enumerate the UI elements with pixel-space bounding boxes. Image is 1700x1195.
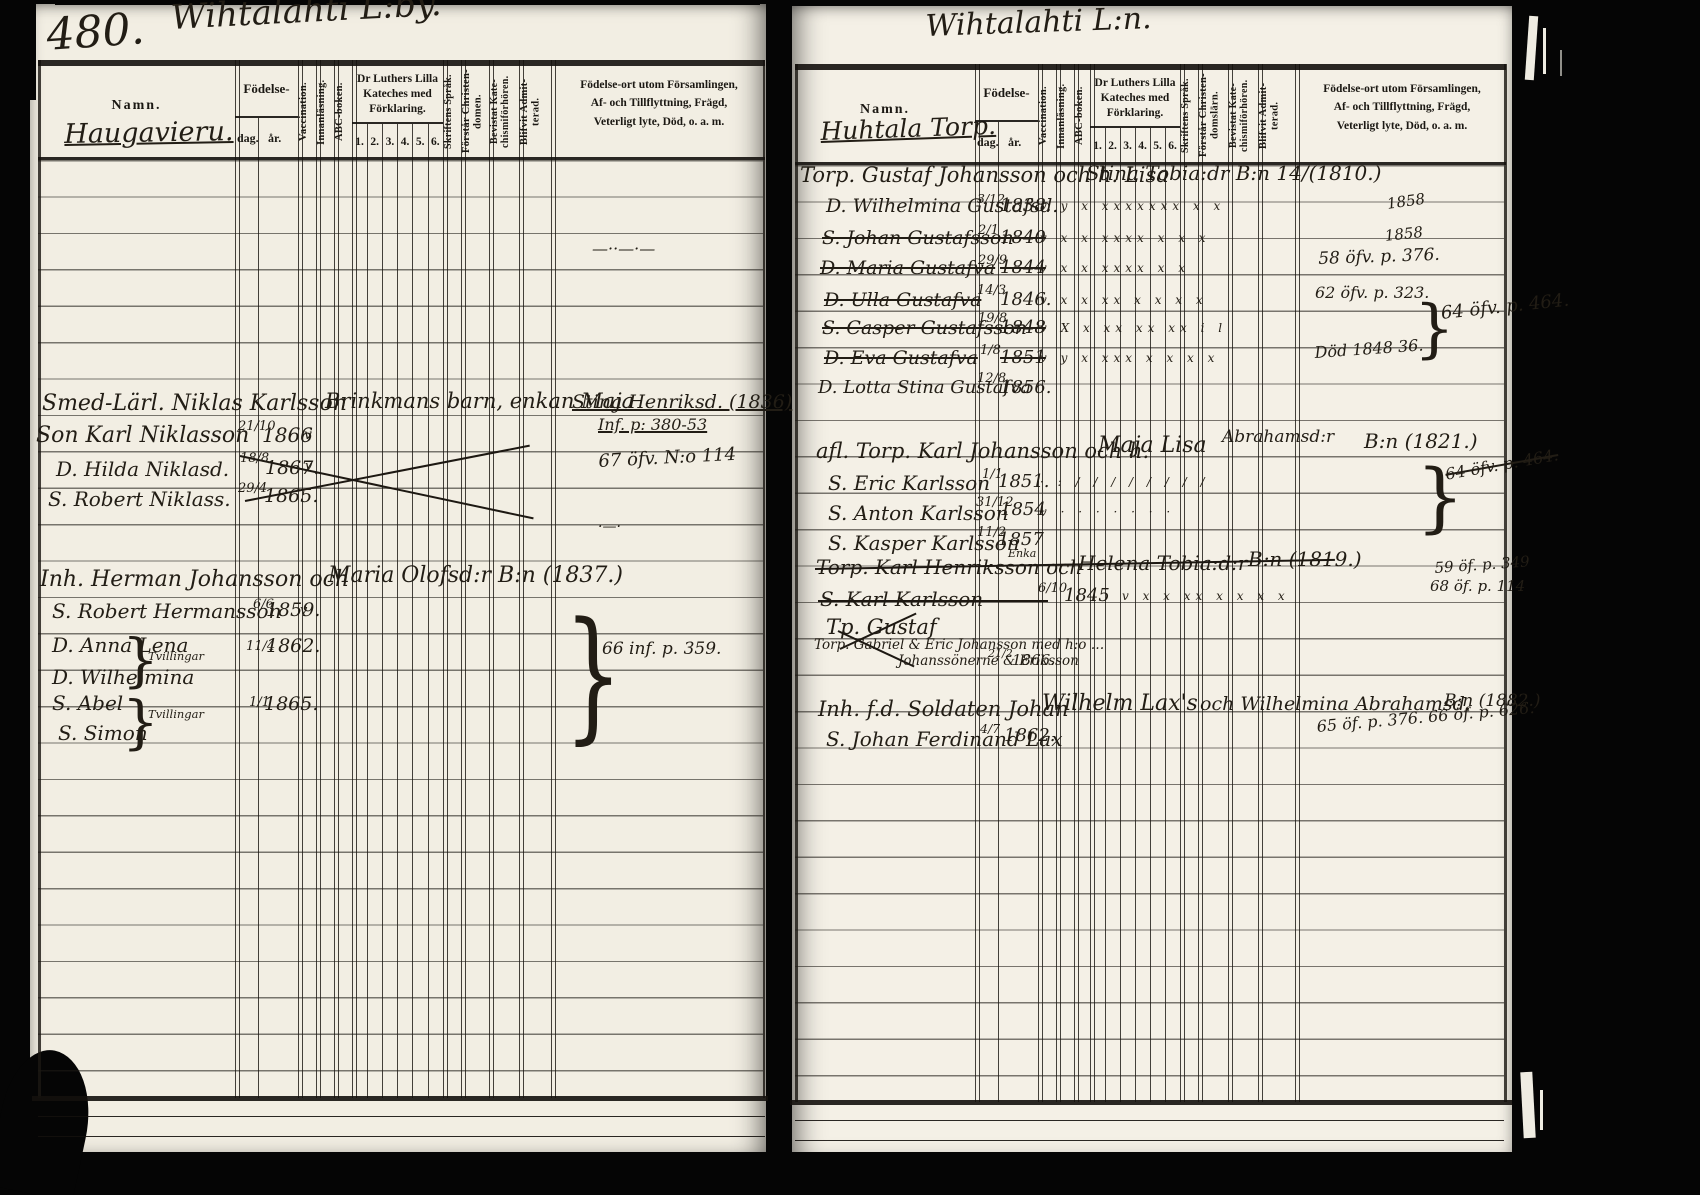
- column-header-abc-boken: ABC-boken.: [1074, 70, 1091, 162]
- grid-line: [32, 1096, 768, 1101]
- label-line: terad.: [531, 64, 543, 159]
- examination-marks: v X x xx xx xx i l: [1040, 322, 1227, 335]
- grid-line: [1228, 64, 1229, 1102]
- kateches-col-4: 4.: [1138, 140, 1147, 153]
- grid-line: [1074, 64, 1075, 1102]
- entry-name: D. Eva Gustafva: [824, 348, 978, 369]
- ditto-mark: —··—·—: [592, 240, 655, 258]
- page-title-right: Wihtalahti L:n.: [925, 2, 1152, 43]
- column-header-skriftens-sprak: Skriftens Språk.: [443, 64, 461, 159]
- grid-line: [1258, 64, 1259, 1102]
- book-gutter: [766, 0, 792, 1195]
- kateches-col-2: 2.: [1108, 140, 1117, 153]
- ditto-mark: ·—·: [598, 520, 621, 535]
- grid-line: [38, 60, 765, 66]
- entry-birth-year: 1862.: [1004, 726, 1056, 746]
- grid-line: [1299, 64, 1300, 1102]
- grid-line: [790, 1100, 1512, 1105]
- grid-line: [1120, 128, 1121, 1102]
- entry-name: Inh. f.d. Soldaten Johan: [818, 698, 1069, 721]
- entry-note: Inf. p: 380-53: [598, 416, 707, 434]
- kateches-col-3: 3.: [1123, 140, 1132, 153]
- grid-line: [795, 162, 1506, 165]
- brace-mark: }: [564, 592, 623, 758]
- column-header-dag: dag.: [237, 132, 259, 145]
- entry-birth-year: 1856.: [1000, 378, 1052, 398]
- vaccination-mark: v: [304, 428, 312, 443]
- grid-line: [235, 60, 236, 1098]
- grid-line: [38, 1116, 765, 1117]
- entry-note: 66 inf. p. 359.: [602, 640, 721, 659]
- grid-line: [235, 116, 298, 118]
- grid-line: [998, 122, 999, 1102]
- label-line: domslärn.: [1210, 68, 1222, 163]
- label-line: terad.: [1270, 68, 1282, 163]
- grid-line: [239, 60, 240, 1098]
- notes-line: Af- och Tillflyttning, Frägd,: [1300, 98, 1504, 116]
- grid-line: [367, 124, 368, 1098]
- column-header-fodelse: Födelse-: [235, 82, 298, 96]
- entry-name: B:n (1821.): [1364, 430, 1478, 452]
- entry-note: 58 öfv. p. 376.: [1318, 246, 1440, 269]
- grid-line: [1262, 64, 1263, 1102]
- grid-line: [795, 64, 1506, 70]
- document-scan: 480. Wihtalahti L:by. Namn. Haugavieru. …: [0, 0, 1700, 1195]
- strike-mark: [818, 600, 1048, 602]
- examination-marks: v y x xxx x x x x: [1040, 352, 1219, 365]
- entry-name: D. Maria Gustafva: [820, 258, 995, 279]
- entry-note: 68 öf. p. 114: [1430, 578, 1525, 595]
- grid-line: [523, 60, 524, 1098]
- entry-name: S. Karl Karlsson: [820, 588, 983, 610]
- column-header-blifvit-admitterad: Blifvit Admit- terad.: [1258, 68, 1292, 163]
- entry-name: S. Simon: [58, 722, 148, 744]
- page-number: 480.: [45, 5, 146, 60]
- kateches-col-5: 5.: [1153, 140, 1162, 153]
- kateches-col-4: 4.: [401, 136, 410, 149]
- scan-streak: [1540, 1090, 1543, 1130]
- grid-line: [763, 60, 765, 1098]
- column-header-namn: Namn.: [38, 98, 235, 113]
- kateches-col-2: 2.: [370, 136, 379, 149]
- column-header-ar: år.: [1008, 136, 1021, 149]
- scan-streak: [1560, 50, 1562, 76]
- grid-line: [1504, 64, 1507, 1102]
- village-name: Huhtala Torp.: [820, 112, 996, 146]
- grid-line: [38, 157, 765, 160]
- label-line: chismiförhören.: [500, 64, 511, 159]
- grid-line: [1105, 128, 1106, 1102]
- scan-edge: [0, 1152, 1700, 1195]
- grid-line: [1165, 128, 1166, 1102]
- grid-line: [795, 1140, 1504, 1141]
- entry-birth-year: 1862.: [266, 636, 320, 657]
- grid-line: [412, 124, 413, 1098]
- entry-birth-date: 29/4: [238, 482, 267, 496]
- grid-line: [795, 64, 798, 1102]
- entry-birth-date: 21/2: [988, 648, 1013, 660]
- column-header-innanlasning: Innanläsning.: [316, 66, 334, 158]
- grid-line: [397, 124, 398, 1098]
- grid-line: [551, 60, 552, 1098]
- label-line: Bevistat Kate-: [1228, 68, 1239, 163]
- kateches-col-6: 6.: [1168, 140, 1177, 153]
- label-line: chismiförhören.: [1239, 68, 1250, 163]
- examination-marks: v x x xx x x x x: [1122, 590, 1290, 603]
- column-header-kateches: Dr Luthers Lilla Kateches med Förklaring…: [352, 72, 443, 117]
- kateches-col-6: 6.: [431, 136, 440, 149]
- village-name: Haugavieru.: [64, 117, 234, 150]
- grid-line: [302, 60, 303, 1098]
- grid-line: [979, 64, 980, 1102]
- label-line: Blifvit Admit-: [519, 64, 531, 159]
- entry-name: S. Robert Niklass.: [48, 488, 231, 510]
- column-header-vaccination: Vaccination.: [298, 66, 316, 158]
- entry-note: Stina Henriksd. (1836): [572, 392, 792, 413]
- grid-line: [338, 60, 339, 1098]
- entry-name: D. Wilhelmina: [52, 666, 194, 688]
- grid-line: [465, 60, 466, 1098]
- entry-name: D. Ulla Gustafva: [824, 290, 981, 311]
- label-line: Blifvit Admit-: [1258, 68, 1270, 163]
- label-line: domen.: [473, 64, 485, 159]
- entry-name: S. Robert Hermansson: [52, 600, 281, 622]
- column-header-abc-boken: ABC-boken.: [334, 66, 352, 158]
- grid-line: [975, 64, 976, 1102]
- entry-name: Maja Lisa: [1098, 434, 1207, 458]
- grid-line: [519, 60, 520, 1098]
- grid-line: [38, 1136, 765, 1137]
- label-line: Förstår Christen-: [1198, 68, 1210, 163]
- grid-line: [493, 60, 494, 1098]
- grid-line: [356, 60, 357, 1098]
- entry-note: 62 öfv. p. 323.: [1315, 284, 1429, 302]
- label-line: Bevistat Kate-: [489, 64, 500, 159]
- grid-line: [428, 124, 429, 1098]
- kateches-col-5: 5.: [416, 136, 425, 149]
- grid-line: [1038, 64, 1039, 1102]
- grid-line: [382, 124, 383, 1098]
- notes-line: Veterligt lyte, Död, o. a. m.: [1300, 117, 1504, 135]
- kateches-col-3: 3.: [386, 136, 395, 149]
- scan-edge: [0, 0, 36, 100]
- grid-line: [1135, 128, 1136, 1102]
- grid-line: [1232, 64, 1233, 1102]
- grid-line: [320, 60, 321, 1098]
- entry-name: S. Eric Karlsson: [828, 472, 990, 494]
- grid-line: [298, 60, 299, 1098]
- column-header-skriftens-sprak: Skriftens Språk.: [1180, 68, 1198, 163]
- grid-line: [1150, 128, 1151, 1102]
- admitted-year: 1858: [1384, 224, 1424, 244]
- column-header-ar: år.: [268, 132, 281, 145]
- entry-name: Stina Tobia:dr B:n 14/(1810.): [1086, 162, 1381, 184]
- twin-label: Tvillingar: [148, 708, 204, 721]
- column-header-kateches: Dr Luthers Lilla Kateches med Förklaring…: [1090, 76, 1180, 121]
- entry-birth-year: 1859.: [266, 600, 320, 621]
- grid-line: [1090, 64, 1091, 1102]
- entry-birth-year: 1865.: [264, 694, 318, 715]
- examination-marks: v x x xxxx x x: [1040, 262, 1190, 275]
- grid-line: [489, 60, 490, 1098]
- grid-line: [461, 60, 462, 1098]
- entry-birth-year: 1866.: [1012, 652, 1055, 669]
- grid-line: [447, 60, 448, 1098]
- column-header-dag: dag.: [977, 136, 999, 149]
- notes-line: Veterligt lyte, Död, o. a. m.: [556, 113, 762, 131]
- entry-birth-year: 1845: [1064, 586, 1110, 606]
- column-header-vaccination: Vaccination.: [1038, 70, 1056, 162]
- grid-line: [443, 60, 444, 1098]
- grid-line: [1078, 64, 1079, 1102]
- grid-line: [352, 60, 353, 1098]
- grid-line: [258, 118, 259, 1098]
- grid-line: [334, 60, 335, 1098]
- grid-line: [975, 120, 1038, 122]
- entry-name: S. Abel: [52, 692, 123, 714]
- notes-line: Födelse-ort utom Församlingen,: [556, 76, 762, 94]
- label-line: Förstår Christen-: [461, 64, 473, 159]
- entry-name: D. Hilda Niklasd.: [56, 458, 229, 480]
- grid-line: [38, 60, 41, 1098]
- column-header-innanlasning: Innanläsning.: [1056, 70, 1074, 162]
- scan-streak: [1543, 28, 1546, 74]
- entry-birth-date: 2/1: [978, 224, 999, 238]
- grid-line: [352, 122, 443, 124]
- twin-label: Tvillingar: [148, 650, 204, 663]
- entry-birth-year: 1865.: [264, 486, 318, 507]
- grid-line: [1180, 64, 1181, 1102]
- scan-edge: [1512, 0, 1700, 1195]
- entry-name: Son Karl Niklasson: [36, 424, 249, 448]
- notes-line: Födelse-ort utom Församlingen,: [1300, 80, 1504, 98]
- grid-line: [1184, 64, 1185, 1102]
- column-header-notes: Födelse-ort utom Församlingen, Af- och T…: [556, 76, 762, 131]
- entry-name: Maria Olofsd:r B:n (1837.): [328, 564, 623, 588]
- grid-line: [1198, 64, 1199, 1102]
- grid-line: [1094, 64, 1095, 1102]
- grid-line: [1056, 64, 1057, 1102]
- grid-line: [795, 1120, 1504, 1121]
- notes-line: Af- och Tillflyttning, Frägd,: [556, 94, 762, 112]
- grid-line: [1295, 64, 1296, 1102]
- grid-line: [1042, 64, 1043, 1102]
- column-header-notes: Födelse-ort utom Församlingen, Af- och T…: [1300, 80, 1504, 135]
- column-header-fodelse: Födelse-: [975, 86, 1038, 100]
- grid-line: [1202, 64, 1203, 1102]
- vaccination-mark: v: [305, 460, 312, 474]
- examination-marks: v x x xx x x x x: [1040, 294, 1208, 307]
- grid-line: [555, 60, 556, 1098]
- grid-line: [1060, 64, 1061, 1102]
- entry-name: Abrahamsd:r: [1222, 428, 1334, 447]
- grid-line: [316, 60, 317, 1098]
- grid-line: [1090, 126, 1180, 128]
